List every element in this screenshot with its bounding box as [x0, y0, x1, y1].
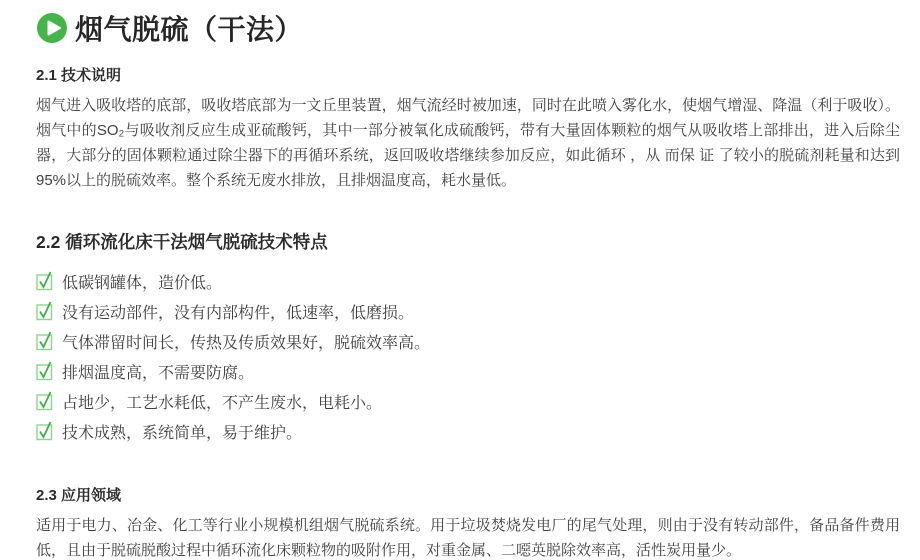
list-item-label: 没有运动部件，没有内部构件，低速率，低磨损。	[62, 300, 414, 323]
checkbox-checked-icon	[36, 420, 53, 441]
section-technical-description: 2.1 技术说明 烟气进入吸收塔的底部，吸收塔底部为一文丘里装置，烟气流经时被加…	[36, 64, 900, 193]
section-2-2-heading: 2.2 循环流化床干法烟气脱硫技术特点	[36, 229, 900, 254]
list-item: 技术成熟，系统简单，易于维护。	[36, 416, 900, 446]
list-item: 排烟温度高，不需要防腐。	[36, 356, 900, 386]
section-2-1-heading: 2.1 技术说明	[36, 64, 900, 85]
section-technology-features: 2.2 循环流化床干法烟气脱硫技术特点 低碳钢罐体，造价低。	[36, 229, 900, 446]
list-item: 没有运动部件，没有内部构件，低速率，低磨损。	[36, 296, 900, 326]
checkbox-checked-icon	[36, 300, 53, 321]
play-circle-icon	[36, 12, 68, 44]
section-2-3-paragraph: 适用于电力、冶金、化工等行业小规模机组烟气脱硫系统。用于垃圾焚烧发电厂的尾气处理…	[36, 513, 900, 560]
list-item-label: 技术成熟，系统简单，易于维护。	[62, 420, 302, 443]
section-2-1-paragraph: 烟气进入吸收塔的底部，吸收塔底部为一文丘里装置，烟气流经时被加速，同时在此喷入雾…	[36, 93, 900, 193]
document-page: 烟气脱硫（干法） 2.1 技术说明 烟气进入吸收塔的底部，吸收塔底部为一文丘里装…	[36, 0, 900, 560]
section-application-field: 2.3 应用领域 适用于电力、冶金、化工等行业小规模机组烟气脱硫系统。用于垃圾焚…	[36, 484, 900, 560]
checkbox-checked-icon	[36, 390, 53, 411]
page-title: 烟气脱硫（干法）	[75, 8, 303, 48]
page-header: 烟气脱硫（干法）	[36, 8, 900, 48]
list-item-label: 占地少，工艺水耗低，不产生废水，电耗小。	[62, 390, 382, 413]
list-item: 占地少，工艺水耗低，不产生废水，电耗小。	[36, 386, 900, 416]
checkbox-checked-icon	[36, 330, 53, 351]
checkbox-checked-icon	[36, 360, 53, 381]
section-2-3-heading: 2.3 应用领域	[36, 484, 900, 505]
feature-list: 低碳钢罐体，造价低。 没有运动部件，没有内部构件，低速率，低磨损。	[36, 266, 900, 446]
list-item: 气体滞留时间长，传热及传质效果好，脱硫效率高。	[36, 326, 900, 356]
list-item-label: 气体滞留时间长，传热及传质效果好，脱硫效率高。	[62, 330, 430, 353]
list-item-label: 低碳钢罐体，造价低。	[62, 270, 222, 293]
list-item: 低碳钢罐体，造价低。	[36, 266, 900, 296]
checkbox-checked-icon	[36, 270, 53, 291]
list-item-label: 排烟温度高，不需要防腐。	[62, 360, 254, 383]
